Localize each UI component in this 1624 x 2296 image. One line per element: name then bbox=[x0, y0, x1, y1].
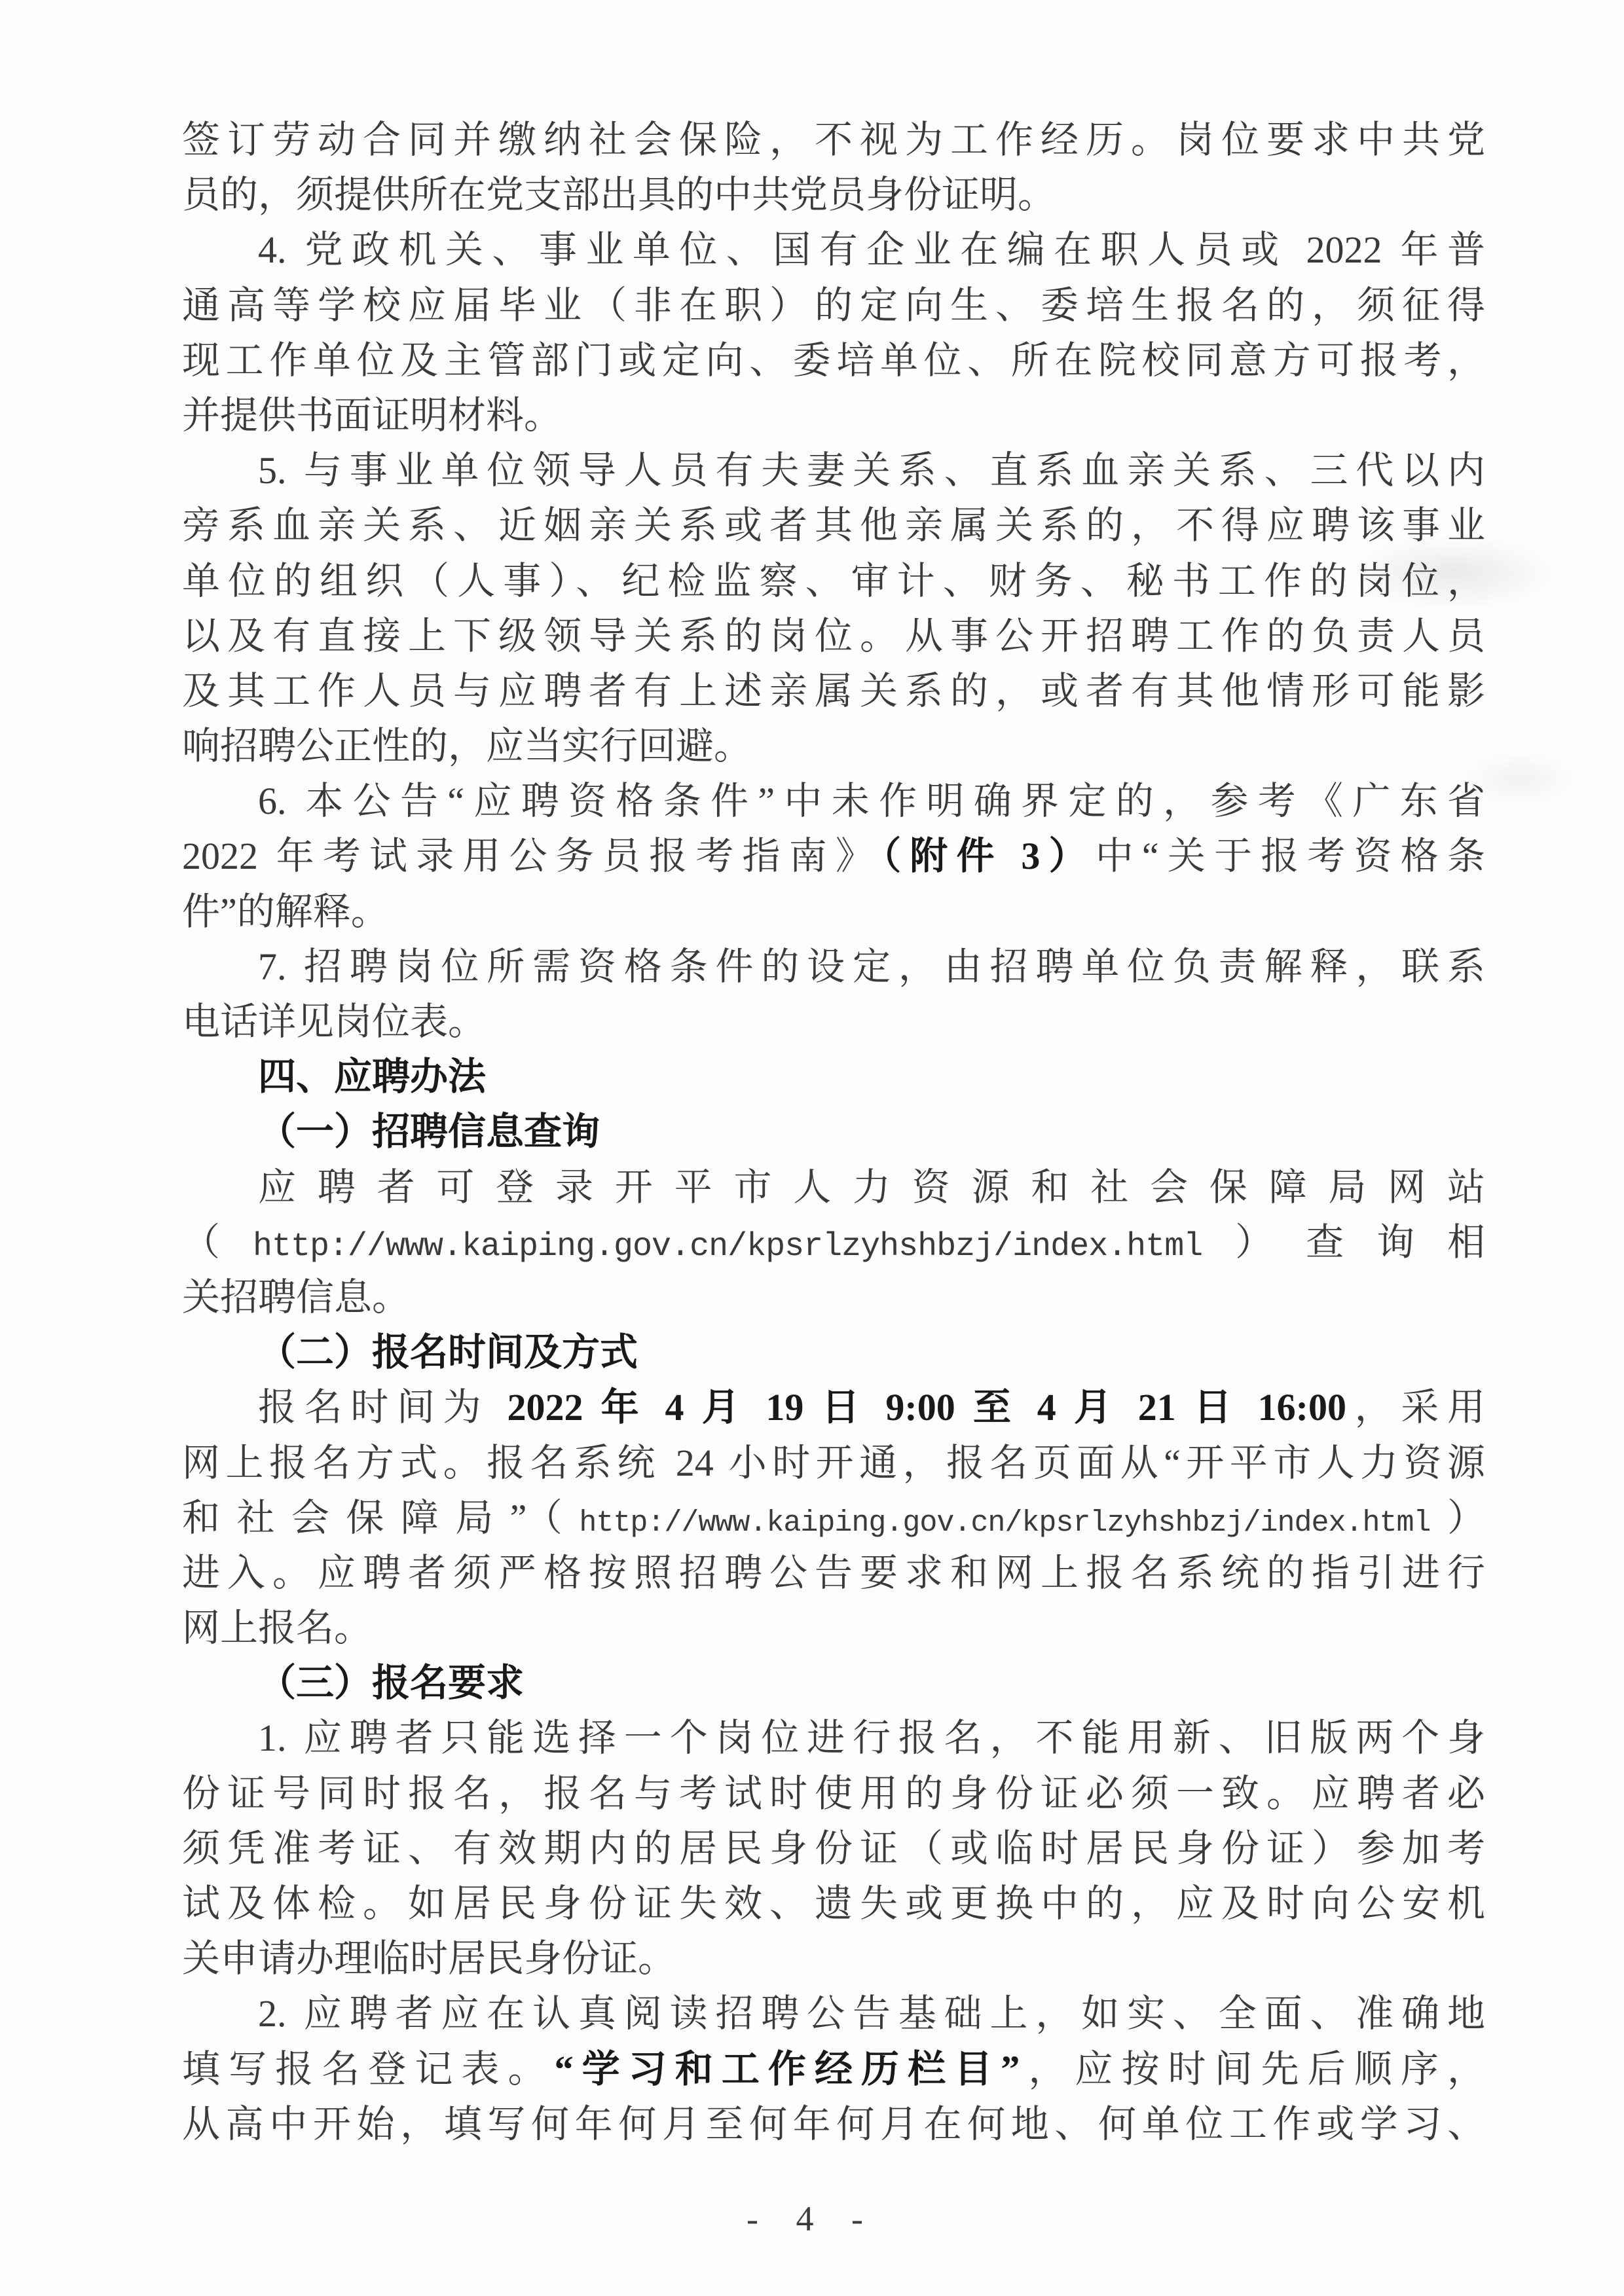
text-segment: 现工作单位及主管部门或定向、委培单位、所在院校同意方可报考， bbox=[182, 339, 1485, 382]
text-line: 1. 应聘者只能选择一个岗位进行报名，不能用新、旧版两个身 bbox=[182, 1711, 1485, 1766]
text-line: 员的，须提供所在党支部出具的中共党员身份证明。 bbox=[182, 168, 1485, 223]
text-segment: 1. 应聘者只能选择一个岗位进行报名，不能用新、旧版两个身 bbox=[258, 1717, 1485, 1759]
text-segment: 网上报名方式。报名系统 24 小时开通，报名页面从“开平市人力资源 bbox=[182, 1442, 1485, 1484]
text-segment: 及其工作人员与应聘者有上述亲属关系的，或者有其他情形可能影 bbox=[182, 670, 1485, 712]
text-segment: ，应按时间先后顺序， bbox=[1020, 2048, 1485, 2090]
text-line: 响招聘公正性的，应当实行回避。 bbox=[182, 719, 1485, 774]
text-segment: ）查询相 bbox=[1202, 1221, 1485, 1264]
text-segment: 件”的解释。 bbox=[182, 890, 389, 933]
text-segment: 通高等学校应届毕业（非在职）的定向生、委培生报名的，须征得 bbox=[182, 284, 1485, 327]
text-line: 5. 与事业单位领导人员有夫妻关系、直系血亲关系、三代以内 bbox=[182, 443, 1485, 498]
text-segment: 签订劳动合同并缴纳社会保险，不视为工作经历。岗位要求中共党 bbox=[182, 118, 1485, 161]
text-line: 件”的解释。 bbox=[182, 884, 1485, 939]
text-line: 报名时间为 2022 年 4 月 19 日 9:00 至 4 月 21 日 16… bbox=[182, 1380, 1485, 1435]
text-line: 须凭准考证、有效期内的居民身份证（或临时居民身份证）参加考 bbox=[182, 1821, 1485, 1876]
text-segment: 网上报名。 bbox=[182, 1607, 372, 1649]
text-line: 填写报名登记表。“学习和工作经历栏目”，应按时间先后顺序， bbox=[182, 2042, 1485, 2097]
text-segment: 员的，须提供所在党支部出具的中共党员身份证明。 bbox=[182, 173, 1056, 216]
text-line: 应聘者可登录开平市人力资源和社会保障局网站 bbox=[182, 1160, 1485, 1215]
text-segment: 以及有直接上下级领导关系的岗位。从事公开招聘工作的负责人员 bbox=[182, 615, 1485, 657]
text-line: （三）报名要求 bbox=[182, 1656, 1485, 1711]
text-line: 并提供书面证明材料。 bbox=[182, 388, 1485, 443]
text-segment: 单位的组织（人事）、纪检监察、审计、财务、秘书工作的岗位， bbox=[182, 560, 1485, 602]
scanned-document-page: 签订劳动合同并缴纳社会保险，不视为工作经历。岗位要求中共党员的，须提供所在党支部… bbox=[0, 0, 1624, 2296]
text-line: 4. 党政机关、事业单位、国有企业在编在职人员或 2022 年普 bbox=[182, 223, 1485, 278]
text-line: 从高中开始，填写何年何月至何年何月在何地、何单位工作或学习、 bbox=[182, 2097, 1485, 2152]
text-segment: “学习和工作经历栏目” bbox=[555, 2048, 1020, 2090]
text-segment: 从高中开始，填写何年何月至何年何月在何地、何单位工作或学习、 bbox=[182, 2103, 1485, 2145]
text-segment: 须凭准考证、有效期内的居民身份证（或临时居民身份证）参加考 bbox=[182, 1827, 1485, 1870]
text-segment: 电话详见岗位表。 bbox=[182, 1000, 486, 1043]
text-segment: （三）报名要求 bbox=[258, 1662, 524, 1704]
url-text: http://www.kaiping.gov.cn/kpsrlzyhshbzj/… bbox=[253, 1228, 1202, 1266]
text-line: （一）招聘信息查询 bbox=[182, 1104, 1485, 1159]
text-segment: 份证号同时报名，报名与考试时使用的身份证必须一致。应聘者必 bbox=[182, 1772, 1485, 1815]
page-number-footer: - 4 - bbox=[0, 2198, 1624, 2239]
text-segment: （一）招聘信息查询 bbox=[258, 1110, 600, 1153]
text-segment: （ bbox=[182, 1221, 253, 1264]
text-line: 2022 年考试录用公务员报考指南》（附件 3）中“关于报考资格条 bbox=[182, 829, 1485, 884]
text-line: （二）报名时间及方式 bbox=[182, 1325, 1485, 1380]
text-segment: （附件 3） bbox=[882, 835, 1096, 877]
text-line: 网上报名。 bbox=[182, 1601, 1485, 1656]
text-segment: 应聘者可登录开平市人力资源和社会保障局网站 bbox=[258, 1166, 1485, 1209]
text-line: 2. 应聘者应在认真阅读招聘公告基础上，如实、全面、准确地 bbox=[182, 1986, 1485, 2041]
text-line: 通高等学校应届毕业（非在职）的定向生、委培生报名的，须征得 bbox=[182, 278, 1485, 333]
text-line: 签订劳动合同并缴纳社会保险，不视为工作经历。岗位要求中共党 bbox=[182, 113, 1485, 168]
text-segment: 中“关于报考资格条 bbox=[1096, 835, 1485, 877]
text-segment: 并提供书面证明材料。 bbox=[182, 394, 562, 437]
text-segment: 6. 本公告“应聘资格条件”中未作明确界定的，参考《广东省 bbox=[258, 780, 1485, 822]
text-segment: 7. 招聘岗位所需资格条件的设定，由招聘单位负责解释，联系 bbox=[258, 945, 1485, 988]
document-body: 签订劳动合同并缴纳社会保险，不视为工作经历。岗位要求中共党员的，须提供所在党支部… bbox=[182, 113, 1485, 2152]
text-line: 及其工作人员与应聘者有上述亲属关系的，或者有其他情形可能影 bbox=[182, 664, 1485, 719]
text-segment: 进入。应聘者须严格按照招聘公告要求和网上报名系统的指引进行 bbox=[182, 1552, 1485, 1594]
text-line: 网上报名方式。报名系统 24 小时开通，报名页面从“开平市人力资源 bbox=[182, 1436, 1485, 1491]
text-line: 关申请办理临时居民身份证。 bbox=[182, 1931, 1485, 1986]
text-segment: 和社会保障局”（ bbox=[182, 1497, 579, 1539]
text-segment: 旁系血亲关系、近姻亲关系或者其他亲属关系的，不得应聘该事业 bbox=[182, 504, 1485, 547]
text-line: 7. 招聘岗位所需资格条件的设定，由招聘单位负责解释，联系 bbox=[182, 939, 1485, 994]
text-segment: 2. 应聘者应在认真阅读招聘公告基础上，如实、全面、准确地 bbox=[258, 1992, 1485, 2035]
text-segment: 报名时间为 bbox=[258, 1386, 507, 1429]
text-line: 进入。应聘者须严格按照招聘公告要求和网上报名系统的指引进行 bbox=[182, 1546, 1485, 1601]
text-line: 现工作单位及主管部门或定向、委培单位、所在院校同意方可报考， bbox=[182, 333, 1485, 388]
text-segment: 2022 年考试录用公务员报考指南》 bbox=[182, 835, 882, 877]
text-segment: 响招聘公正性的，应当实行回避。 bbox=[182, 725, 752, 767]
text-segment: ） bbox=[1431, 1497, 1485, 1539]
text-line: 四、应聘办法 bbox=[182, 1049, 1485, 1104]
text-line: 关招聘信息。 bbox=[182, 1270, 1485, 1325]
text-line: 旁系血亲关系、近姻亲关系或者其他亲属关系的，不得应聘该事业 bbox=[182, 498, 1485, 553]
text-segment: 2022 年 4 月 19 日 9:00 至 4 月 21 日 16:00 bbox=[507, 1386, 1346, 1429]
text-segment: ，采用 bbox=[1346, 1386, 1485, 1429]
text-line: 和社会保障局”（http://www.kaiping.gov.cn/kpsrlz… bbox=[182, 1491, 1485, 1546]
text-line: 电话详见岗位表。 bbox=[182, 994, 1485, 1049]
text-line: 6. 本公告“应聘资格条件”中未作明确界定的，参考《广东省 bbox=[182, 774, 1485, 829]
text-line: （http://www.kaiping.gov.cn/kpsrlzyhshbzj… bbox=[182, 1215, 1485, 1270]
text-segment: 试及体检。如居民身份证失效、遗失或更换中的，应及时向公安机 bbox=[182, 1882, 1485, 1925]
text-segment: 关招聘信息。 bbox=[182, 1276, 410, 1319]
text-line: 以及有直接上下级领导关系的岗位。从事公开招聘工作的负责人员 bbox=[182, 609, 1485, 664]
text-segment: 四、应聘办法 bbox=[258, 1055, 486, 1098]
text-line: 份证号同时报名，报名与考试时使用的身份证必须一致。应聘者必 bbox=[182, 1766, 1485, 1821]
text-line: 试及体检。如居民身份证失效、遗失或更换中的，应及时向公安机 bbox=[182, 1876, 1485, 1931]
text-segment: 填写报名登记表。 bbox=[182, 2048, 555, 2090]
url-text: http://www.kaiping.gov.cn/kpsrlzyhshbzj/… bbox=[579, 1506, 1430, 1540]
text-segment: 4. 党政机关、事业单位、国有企业在编在职人员或 2022 年普 bbox=[258, 228, 1485, 271]
text-segment: 关申请办理临时居民身份证。 bbox=[182, 1937, 676, 1980]
text-segment: （二）报名时间及方式 bbox=[258, 1331, 638, 1374]
text-segment: 5. 与事业单位领导人员有夫妻关系、直系血亲关系、三代以内 bbox=[258, 449, 1485, 492]
text-line: 单位的组织（人事）、纪检监察、审计、财务、秘书工作的岗位， bbox=[182, 554, 1485, 609]
